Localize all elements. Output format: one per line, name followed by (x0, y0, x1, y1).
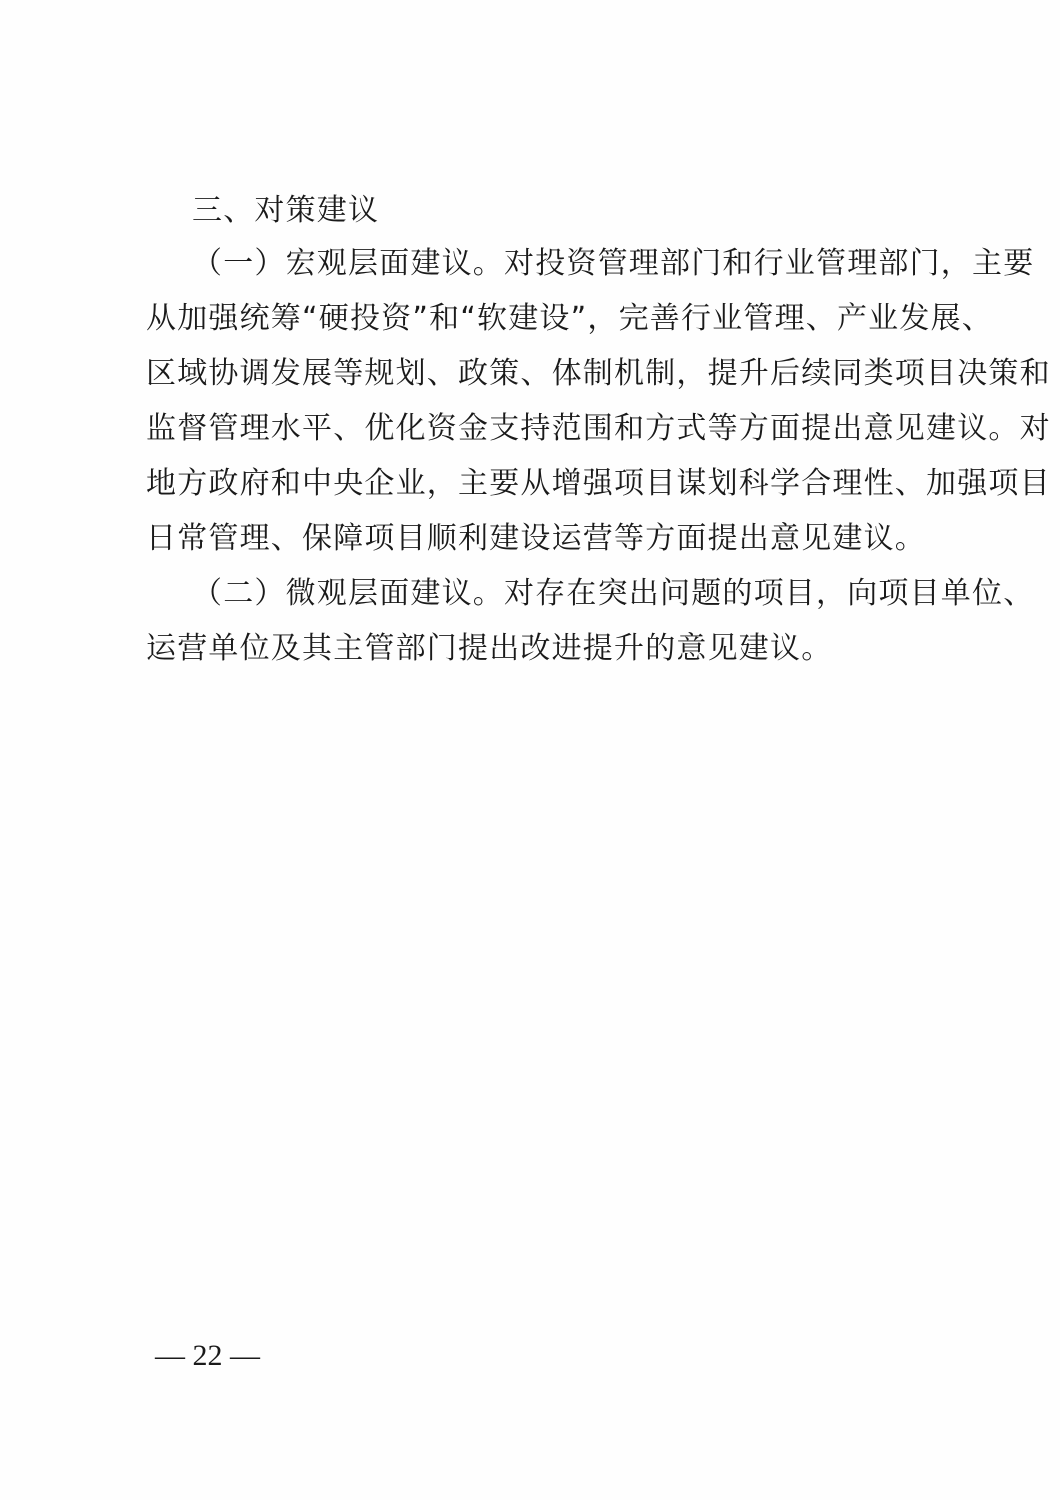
paragraph-line: 地方政府和中央企业，主要从增强项目谋划科学合理性、加强项目 (146, 466, 916, 502)
paragraph-line: 从加强统筹“硬投资”和“软建设”，完善行业管理、产业发展、 (146, 301, 916, 337)
page-number: — 22 — (155, 1338, 260, 1374)
paragraph-line: 区域协调发展等规划、政策、体制机制，提升后续同类项目决策和 (146, 356, 916, 392)
paragraph-line: （二）微观层面建议。对存在突出问题的项目，向项目单位、 (192, 576, 916, 612)
paragraph-line: （一）宏观层面建议。对投资管理部门和行业管理部门，主要 (192, 246, 916, 282)
paragraph-line: 运营单位及其主管部门提出改进提升的意见建议。 (146, 631, 916, 667)
section-heading: 三、对策建议 (192, 193, 962, 229)
paragraph-line: 日常管理、保障项目顺利建设运营等方面提出意见建议。 (146, 521, 916, 557)
paragraph-line: 监督管理水平、优化资金支持范围和方式等方面提出意见建议。对 (146, 411, 916, 447)
document-page: 三、对策建议 （一）宏观层面建议。对投资管理部门和行业管理部门，主要 从加强统筹… (0, 0, 1060, 1500)
